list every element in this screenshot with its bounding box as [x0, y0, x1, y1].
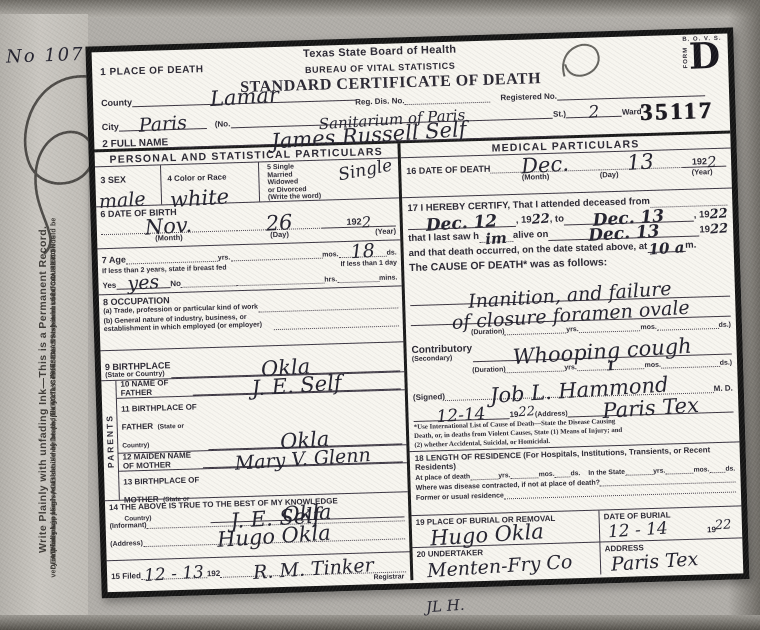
res-mos-1: mos. — [539, 471, 555, 478]
color-race-label: 4 Color or Race — [167, 172, 226, 183]
age-days-line: 18 — [338, 243, 386, 259]
father-value: J. E. Self — [251, 374, 342, 399]
to-year-hand: 22 — [709, 209, 728, 222]
attended-from-line: Dec. 12 — [408, 215, 516, 230]
registered-number-stamp: 35117 — [640, 98, 714, 127]
res-mos-line-1 — [511, 477, 539, 479]
md-label: M. D. — [714, 384, 733, 394]
year-prefix-1: , 19 — [516, 213, 532, 226]
registered-no-label: Registered No. — [500, 92, 557, 103]
personal-column: PERSONAL AND STATISTICAL PARTICULARS 3 S… — [95, 143, 414, 589]
secondary-label: (Secondary) — [412, 353, 473, 364]
ward-label: Ward — [622, 107, 642, 117]
signed-label: (Signed) — [413, 392, 445, 402]
certificate-body: PERSONAL AND STATISTICAL PARTICULARS 3 S… — [95, 134, 744, 590]
hrs-label: hrs. — [324, 276, 337, 283]
age-ds-label: ds. — [386, 250, 396, 257]
contributory-duration-value: 1 — [606, 361, 616, 373]
no-label: No — [170, 279, 181, 288]
physician-address: Paris Tex — [602, 396, 700, 421]
duration-mos-2: mos. — [644, 362, 661, 369]
burial-block: 19 PLACE OF BURIAL OR REMOVAL Hugo Okla … — [411, 506, 743, 580]
last-saw-pronoun: im — [485, 231, 507, 246]
duration-ds-1: ds.) — [718, 322, 731, 329]
occupation-field: 8 OCCUPATION (a) Trade, profession or pa… — [99, 286, 404, 351]
dob-year-note: (Year) — [322, 226, 396, 237]
age-mos-line — [230, 258, 322, 262]
hrs-line — [237, 283, 324, 287]
res-mos-line-2 — [665, 473, 693, 475]
yes-label: Yes — [102, 281, 116, 290]
res-yrs-2: yrs. — [653, 468, 665, 475]
last-saw-pronoun-line: im — [479, 232, 513, 244]
undertaker-address-value: Paris Tex — [611, 551, 699, 574]
cause-of-death-block: Inanition, and failure of closure forame… — [405, 276, 738, 378]
pencil-loop — [551, 33, 611, 91]
res-ds-line-1 — [555, 476, 571, 477]
occupation-b-label: (b) General nature of industry, business… — [103, 313, 273, 335]
certificate-header: 1 PLACE OF DEATH Texas State Board of He… — [92, 34, 731, 153]
sign-date-value: 12-14 — [437, 407, 487, 425]
undertaker-field: 20 UNDERTAKER Menten-Fry Co — [412, 543, 601, 581]
last-saw-year-printed: 19 — [699, 223, 710, 236]
occupation-b-line — [274, 325, 399, 330]
breastfed-line: yes — [116, 274, 170, 290]
city-line: Paris — [119, 115, 207, 132]
father-label: 10 NAME OF FATHER — [120, 379, 192, 398]
parents-block: PARENTS 10 NAME OF FATHER J. E. Self 11 … — [101, 372, 407, 501]
burial-year-hand: 22 — [715, 520, 732, 533]
registrar-signature: R. M. Tinker — [252, 557, 374, 582]
registrar-label: Registrar — [373, 573, 404, 581]
reg-dis-label: Reg. Dis. No. — [355, 96, 405, 106]
dod-month: Dec. — [520, 155, 569, 177]
dod-year-printed: 192 — [692, 156, 707, 166]
doc-number: No 1077 — [6, 46, 99, 65]
marital-field: 5 Single Married Widowed or Divorced (Wr… — [259, 158, 399, 201]
county-label: County — [101, 97, 132, 108]
res-yrs-line-2 — [625, 474, 653, 476]
dob-month: Nov. — [145, 216, 193, 238]
burial-date-value: 12 - 14 — [608, 521, 669, 540]
form-letter: D — [688, 42, 720, 72]
duration-mos-1: mos. — [640, 324, 657, 331]
full-name-label: 2 FULL NAME — [102, 137, 168, 150]
residence-block: 18 LENGTH OF RESIDENCE (For Hospitals, I… — [410, 442, 742, 516]
mins-label: mins. — [379, 275, 397, 283]
street-no-label: (No. — [215, 119, 231, 128]
dod-year-line: 1922 — [682, 156, 726, 168]
sex-label: 3 SEX — [100, 174, 126, 185]
filed-label: 15 Filed — [111, 571, 141, 581]
medical-column: MEDICAL PARTICULARS 16 DATE OF DEATH Dec… — [400, 134, 743, 581]
res-ds-1: ds. — [570, 470, 580, 477]
sign-year-hand: 22 — [518, 406, 535, 419]
filed-date-value: 12 - 13 — [144, 565, 205, 584]
bottom-initials-annotation: JL H. — [426, 599, 465, 615]
reg-dis-line — [405, 102, 491, 106]
parents-label: PARENTS — [104, 413, 116, 467]
death-certificate: 1 PLACE OF DEATH Texas State Board of He… — [85, 27, 749, 598]
filed-year-printed: 192 — [207, 569, 221, 578]
age-mos-label: mos. — [322, 251, 339, 258]
dob-day: 26 — [265, 213, 293, 234]
physician-signature-block: (Signed) Job L. Hammond M. D. 12-14 1922… — [407, 368, 738, 422]
color-race-field: 4 Color or Race white — [161, 163, 260, 205]
no-line — [181, 285, 237, 288]
former-residence-line — [504, 492, 736, 500]
scan-edge-bottom — [0, 615, 760, 630]
at-place-label: At place of death — [415, 473, 470, 482]
res-yrs-line-1 — [470, 479, 498, 481]
duration-yrs-1: yrs. — [566, 326, 579, 333]
duration-label-2: (Duration) — [472, 366, 506, 374]
res-ds-line-2 — [709, 472, 725, 473]
former-residence-label: Former or usual residence — [416, 492, 504, 502]
dob-year-hand: 2 — [361, 216, 371, 230]
sign-year-printed: 19 — [509, 410, 518, 419]
ward-value: 2 — [588, 105, 600, 121]
res-ds-2: ds. — [725, 466, 735, 473]
in-state-label: In the State — [588, 469, 625, 477]
to-label: , to — [550, 212, 565, 225]
form-side-label: FORM — [683, 46, 690, 68]
ward-line: 2 — [566, 105, 622, 119]
alive-on-label: alive on — [513, 228, 549, 242]
res-mos-2: mos. — [693, 466, 709, 473]
age-yrs-line — [126, 261, 218, 265]
burial-date-field: DATE OF BURIAL 12 - 14 19 22 — [599, 506, 742, 542]
age-yrs-label: yrs. — [218, 254, 231, 261]
informant-address-value: Hugo Okla — [216, 523, 331, 549]
county-value: Lamar — [209, 86, 279, 109]
mins-line — [337, 281, 379, 283]
meridiem-label: m. — [685, 239, 696, 252]
dod-day: 13 — [627, 152, 655, 173]
certification-block: 17 I HEREBY CERTIFY, That I attended dec… — [402, 188, 734, 286]
informant-label: (Informant) — [110, 522, 147, 530]
dod-year-hand: 2 — [707, 156, 717, 170]
death-time-line: 10 a — [647, 241, 685, 253]
scan-edge-top — [0, 0, 760, 18]
undertaker-address-field: ADDRESS Paris Tex — [600, 538, 743, 574]
duration-ds-2: ds.) — [720, 360, 733, 367]
age-label: 7 Age — [102, 255, 126, 266]
filed-date-line: 12 - 13 — [141, 566, 207, 580]
informant-address-label: (Address) — [110, 540, 143, 548]
color-race-value: white — [169, 188, 229, 211]
sex-value: male — [99, 191, 147, 211]
dob-year-printed: 192 — [346, 216, 361, 226]
last-saw-year-hand: 22 — [710, 224, 729, 237]
form-d-mark: B. O. V. S. FORM D — [682, 36, 722, 72]
mother-label: 12 MAIDEN NAME OF MOTHER — [123, 451, 203, 470]
from-year-hand: 22 — [531, 214, 550, 227]
sex-field: 3 SEX male — [95, 165, 162, 206]
death-time-value: 10 a — [648, 241, 685, 257]
breastfed-value: yes — [127, 274, 160, 293]
city-label: City — [102, 122, 119, 133]
res-yrs-1: yrs. — [498, 472, 510, 479]
year-prefix-2: , 19 — [694, 208, 710, 221]
street-st-label: St.) — [553, 109, 566, 118]
age-days-value: 18 — [350, 243, 375, 262]
physician-address-label: (Address) — [535, 410, 568, 418]
